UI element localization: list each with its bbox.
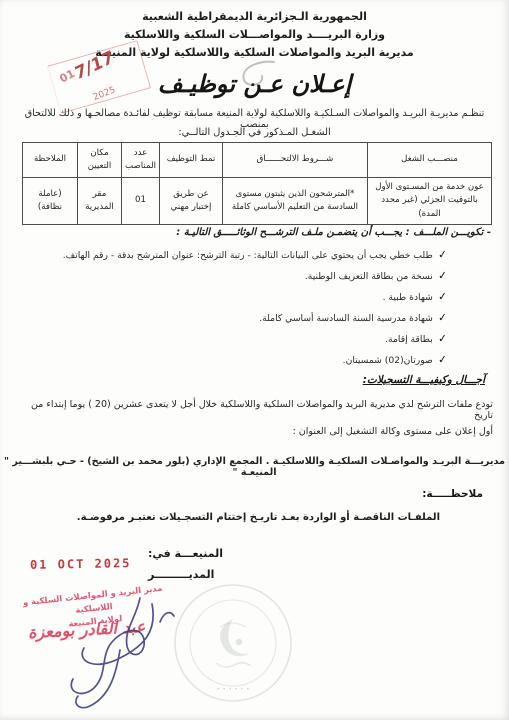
cell-positions-count: 01	[122, 178, 160, 225]
submission-address: مديريـــة البريـد والمواصـلات السلكيـة و…	[0, 456, 509, 478]
document-header: الجمهورية الـجزائرية الديمقراطية الشعبية…	[0, 8, 509, 62]
job-table-header-row: منصـــب الشغل شـــروط الالتحــــــاق نمط…	[23, 143, 492, 178]
deadlines-paragraph-line-1: تودع ملفات الترشح لدي مديرية البريد والم…	[14, 399, 493, 421]
col-header-position: منصـــب الشغل	[368, 143, 492, 178]
date-stamp: 01 OCT 2025	[30, 556, 132, 572]
checkmark-icon: ✓	[437, 245, 448, 266]
place-date-label: المنيعـــة في:	[148, 547, 223, 560]
dossier-heading: - تكويـــن الملـــف : يجـــب أن يتضمـن م…	[176, 227, 491, 238]
intro-line-2: الشغـل المـذكور في الجـدول التالــي:	[0, 127, 509, 138]
checklist-item: ✓نسخة من بطاقة التعريف الوطنية.	[63, 266, 447, 287]
cell-recruitment-mode: عن طريق إختبار مهني	[160, 178, 223, 225]
page-title: إعـلان عـن توظيـف	[0, 70, 509, 98]
note-text: الملفـات الناقصـة أو الواردة بعـد تاريـخ…	[77, 512, 440, 523]
col-header-assignment-place: مكان التعيين	[78, 143, 122, 178]
checkmark-icon: ✓	[437, 308, 448, 329]
checklist-item: ✓شهادة طبية .	[63, 287, 447, 308]
checklist-item-text: شهادة مدرسية السنة السادسة أساسي كاملة.	[259, 313, 433, 324]
checklist-item-text: طلب خطي يجب أن يحتوي على البيانات التالي…	[63, 250, 433, 261]
official-round-seal: الجمهورية الجزائرية الديمقراطية الشعبية …	[170, 579, 296, 707]
note-heading: ملاحظـــــة:	[422, 488, 483, 500]
col-header-positions-count: عدد المناصب	[122, 143, 160, 178]
cell-assignment-place: مقر المديرية	[78, 178, 122, 225]
handwritten-signature	[48, 592, 188, 714]
col-header-conditions: شـــروط الالتحــــــاق	[223, 143, 368, 178]
deadlines-paragraph-line-2: أول إعلان على مستوى وكالة التشغيل إلى ال…	[293, 426, 493, 437]
checklist-item: ✓طلب خطي يجب أن يحتوي على البيانات التال…	[63, 245, 447, 266]
svg-text:• • • • • •: • • • • • •	[216, 685, 249, 693]
checklist-item: ✓شهادة مدرسية السنة السادسة أساسي كاملة.	[63, 308, 447, 329]
deadlines-heading: آجـــال وكيفيـــة التسجيلات:	[363, 374, 485, 386]
job-table-data-row: عون خدمة من المسـتوى الأول بالتوقيت الجز…	[23, 178, 492, 225]
checklist-item-text: صورتان(02) شمسيتان.	[343, 355, 433, 366]
checkmark-icon: ✓	[437, 287, 448, 308]
checkmark-icon: ✓	[437, 329, 448, 350]
header-ministry-line: وزارة البريــــد والمواصـــلات السلكية و…	[0, 26, 509, 44]
checkmark-icon: ✓	[437, 350, 448, 371]
col-header-recruitment-mode: نمط التوظيف	[160, 143, 223, 178]
checklist-item-text: شهادة طبية .	[383, 292, 433, 303]
cell-conditions: *المترشحون الذين يثبتون مستوى السادسة من…	[223, 178, 368, 225]
job-table: منصـــب الشغل شـــروط الالتحــــــاق نمط…	[22, 142, 492, 225]
checklist-item: ✓بطاقة إقامة.	[63, 329, 447, 350]
scanned-document: الجمهورية الـجزائرية الديمقراطية الشعبية…	[0, 0, 509, 720]
checklist-item-text: بطاقة إقامة.	[385, 334, 433, 345]
cell-position: عون خدمة من المسـتوى الأول بالتوقيت الجز…	[368, 178, 492, 225]
header-republic-line: الجمهورية الـجزائرية الديمقراطية الشعبية	[0, 8, 509, 26]
svg-text:الجمهورية الجزائرية الديمقراطي: الجمهورية الجزائرية الديمقراطية الشعبية …	[170, 579, 174, 581]
checklist-item-text: نسخة من بطاقة التعريف الوطنية.	[305, 271, 433, 282]
checklist-item: ✓صورتان(02) شمسيتان.	[63, 350, 447, 371]
dossier-checklist: ✓طلب خطي يجب أن يحتوي على البيانات التال…	[63, 245, 447, 371]
col-header-remark: الملاحظة	[23, 143, 78, 178]
checkmark-icon: ✓	[437, 266, 448, 287]
cell-remark: (عاملة نظافة)	[23, 178, 78, 225]
